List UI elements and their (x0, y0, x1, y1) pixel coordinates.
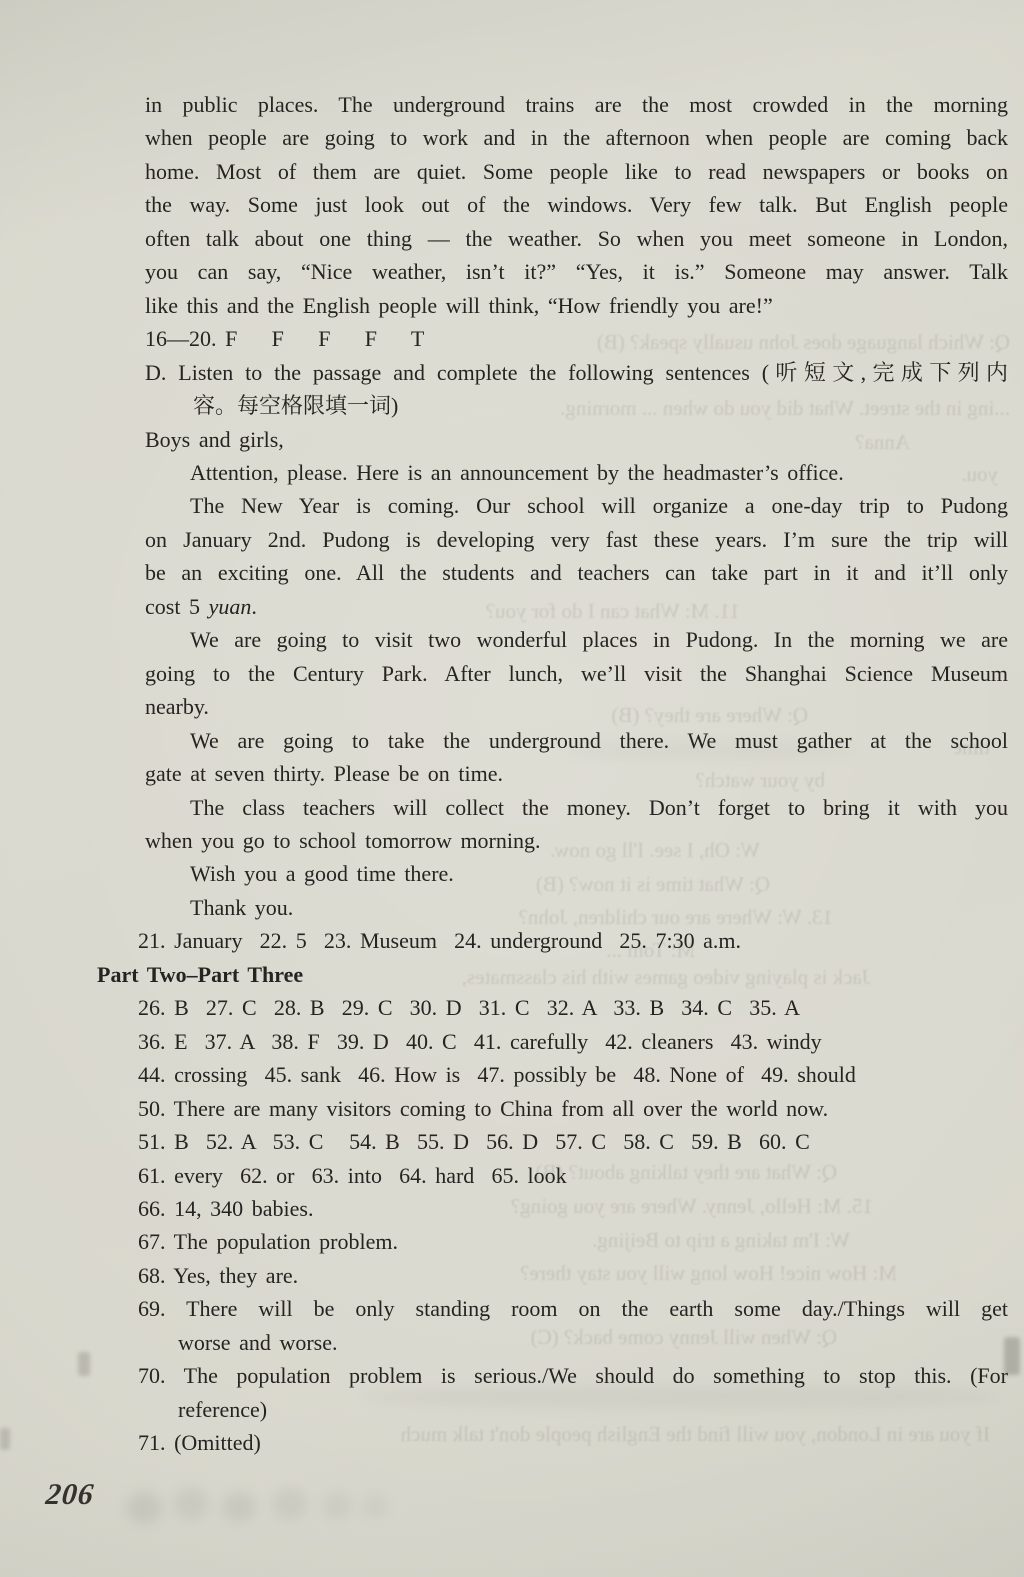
listening-passage-line: The New Year is coming. Our school will … (145, 489, 1008, 522)
listening-passage-line: cost 5 yuan. (145, 590, 1008, 623)
passage-c-line: the way. Some just look out of the windo… (145, 188, 1008, 221)
answer-item: 68. Yes, they are. (138, 1259, 1008, 1292)
answer-item: 70. The population problem is serious./W… (138, 1359, 1008, 1392)
answer-row: 51. B 52. A 53. C 54. B 55. D 56. D 57. … (138, 1125, 1008, 1158)
answer-row: 61. every 62. or 63. into 64. hard 65. l… (138, 1159, 1008, 1192)
stain-blob (322, 1492, 352, 1520)
section-d-instructions: 容。每空格限填一词) (145, 389, 1008, 422)
listening-passage-line: on January 2nd. Pudong is developing ver… (145, 523, 1008, 556)
book-page: Q: Which language does John usually spea… (0, 0, 1024, 1577)
passage-c-line: home. Most of them are quiet. Some peopl… (145, 155, 1008, 188)
text-segment: . (251, 594, 257, 619)
answers-16-20: 16—20. F F F F T (145, 322, 1008, 355)
listening-passage-line: nearby. (145, 690, 1008, 723)
answers-21-25: 21. January 22. 5 23. Museum 24. undergr… (138, 924, 1008, 957)
listening-passage-line: We are going to visit two wonderful plac… (145, 623, 1008, 656)
answer-row: 44. crossing 45. sank 46. How is 47. pos… (138, 1058, 1008, 1091)
section-d-instructions: D. Listen to the passage and complete th… (145, 356, 1008, 389)
listening-passage-line: be an exciting one. All the students and… (145, 556, 1008, 589)
listening-passage-line: going to the Century Park. After lunch, … (145, 657, 1008, 690)
listening-passage-line: Boys and girls, (145, 423, 1008, 456)
answer-item: 71. (Omitted) (138, 1426, 1008, 1459)
passage-c-line: often talk about one thing — the weather… (145, 222, 1008, 255)
listening-passage-line: when you go to school tomorrow morning. (145, 824, 1008, 857)
listening-passage-line: Thank you. (145, 891, 1008, 924)
answer-key-content: in public places. The underground trains… (145, 88, 1008, 1460)
listening-passage-line: The class teachers will collect the mone… (145, 791, 1008, 824)
answer-item: worse and worse. (145, 1326, 1008, 1359)
passage-c-line: in public places. The underground trains… (145, 88, 1008, 121)
answer-item: 66. 14, 340 babies. (138, 1192, 1008, 1225)
answer-row: 36. E 37. A 38. F 39. D 40. C 41. carefu… (138, 1025, 1008, 1058)
listening-passage-line: We are going to take the underground the… (145, 724, 1008, 757)
edge-smudge (78, 1352, 90, 1376)
answer-row: 26. B 27. C 28. B 29. C 30. D 31. C 32. … (138, 991, 1008, 1024)
passage-c-line: when people are going to work and in the… (145, 121, 1008, 154)
answer-item: 67. The population problem. (138, 1225, 1008, 1258)
text-segment: cost 5 (145, 594, 209, 619)
page-number: 206 (44, 1478, 96, 1512)
listening-passage-line: gate at seven thirty. Please be on time. (145, 757, 1008, 790)
answer-item: reference) (145, 1393, 1008, 1426)
stain-blob (362, 1494, 388, 1518)
stain-blob (272, 1488, 308, 1520)
answer-item: 50. There are many visitors coming to Ch… (138, 1092, 1008, 1125)
passage-c-line: you can say, “Nice weather, isn’t it?” “… (145, 255, 1008, 288)
stain-blob (222, 1492, 256, 1522)
italic-text: yuan (209, 594, 252, 619)
answer-item: 69. There will be only standing room on … (138, 1292, 1008, 1325)
listening-passage-line: Attention, please. Here is an announceme… (145, 456, 1008, 489)
edge-smudge (0, 1428, 10, 1450)
stain-blob (174, 1488, 208, 1520)
part-two-three-heading: Part Two–Part Three (97, 958, 1008, 991)
listening-passage-line: Wish you a good time there. (145, 857, 1008, 890)
passage-c-line: like this and the English people will th… (145, 289, 1008, 322)
stain-blob (126, 1492, 162, 1524)
